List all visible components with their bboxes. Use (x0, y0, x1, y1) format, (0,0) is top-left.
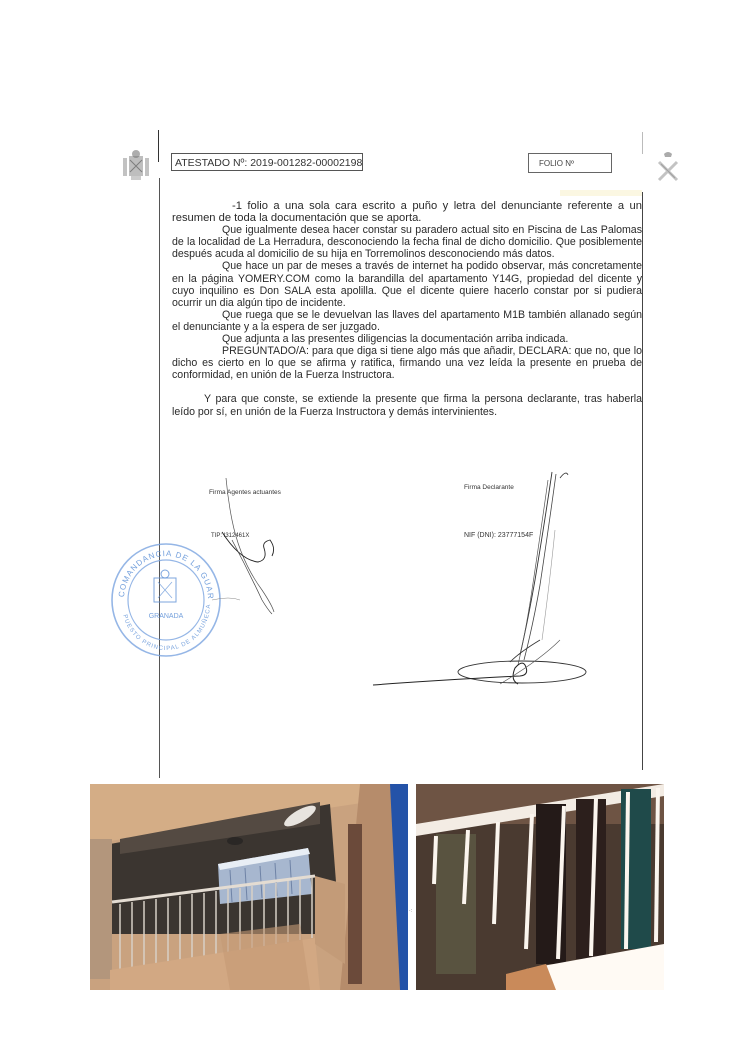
photo-railing-closeup (416, 784, 664, 990)
margin-line-left-top (158, 130, 159, 162)
document-page: ATESTADO Nº: 2019-001282-00002198 FOLIO … (0, 0, 744, 1052)
scan-artifact-mark: ·: (409, 908, 412, 914)
agents-signature-label: Firma Agentes actuantes (209, 489, 281, 496)
spain-coat-of-arms-icon (121, 148, 151, 182)
margin-line-right (642, 192, 643, 770)
paragraph-whereabouts: Que igualmente desea hacer constar su pa… (172, 224, 642, 260)
paragraph-question: PREGUNTADO/A: para que diga si tiene alg… (172, 345, 642, 381)
svg-text:COMANDANCIA DE LA GUARDIA CIVI: COMANDANCIA DE LA GUARDIA CIVIL (108, 538, 215, 600)
declarant-nif-number: NIF (DNI): 23777154F (464, 532, 533, 539)
paragraph-closing: Y para que conste, se extiende la presen… (172, 393, 642, 417)
svg-text:GRANADA: GRANADA (149, 613, 184, 620)
folio-number-box: FOLIO Nº (528, 153, 612, 173)
atestado-number-box: ATESTADO Nº: 2019-001282-00002198 (171, 153, 363, 171)
paragraph-attachment: -1 folio a una sola cara escrito a puño … (172, 200, 642, 224)
paragraph-railing: Que hace un par de meses a través de int… (172, 260, 642, 308)
margin-line-left (159, 178, 160, 778)
paragraph-keys: Que ruega que se le devuelvan las llaves… (172, 309, 642, 333)
guardia-civil-emblem-icon (655, 150, 681, 184)
guardia-civil-stamp: COMANDANCIA DE LA GUARDIA CIVIL PUESTO P… (108, 538, 224, 660)
paragraph-documentation: Que adjunta a las presentes diligencias … (172, 333, 642, 345)
declaration-body: -1 folio a una sola cara escrito a puño … (172, 200, 642, 418)
photo-balcony (90, 784, 408, 990)
margin-line-right-top (642, 132, 643, 154)
scan-artifact (560, 190, 642, 196)
declarant-signature-label: Firma Declarante (464, 484, 514, 491)
